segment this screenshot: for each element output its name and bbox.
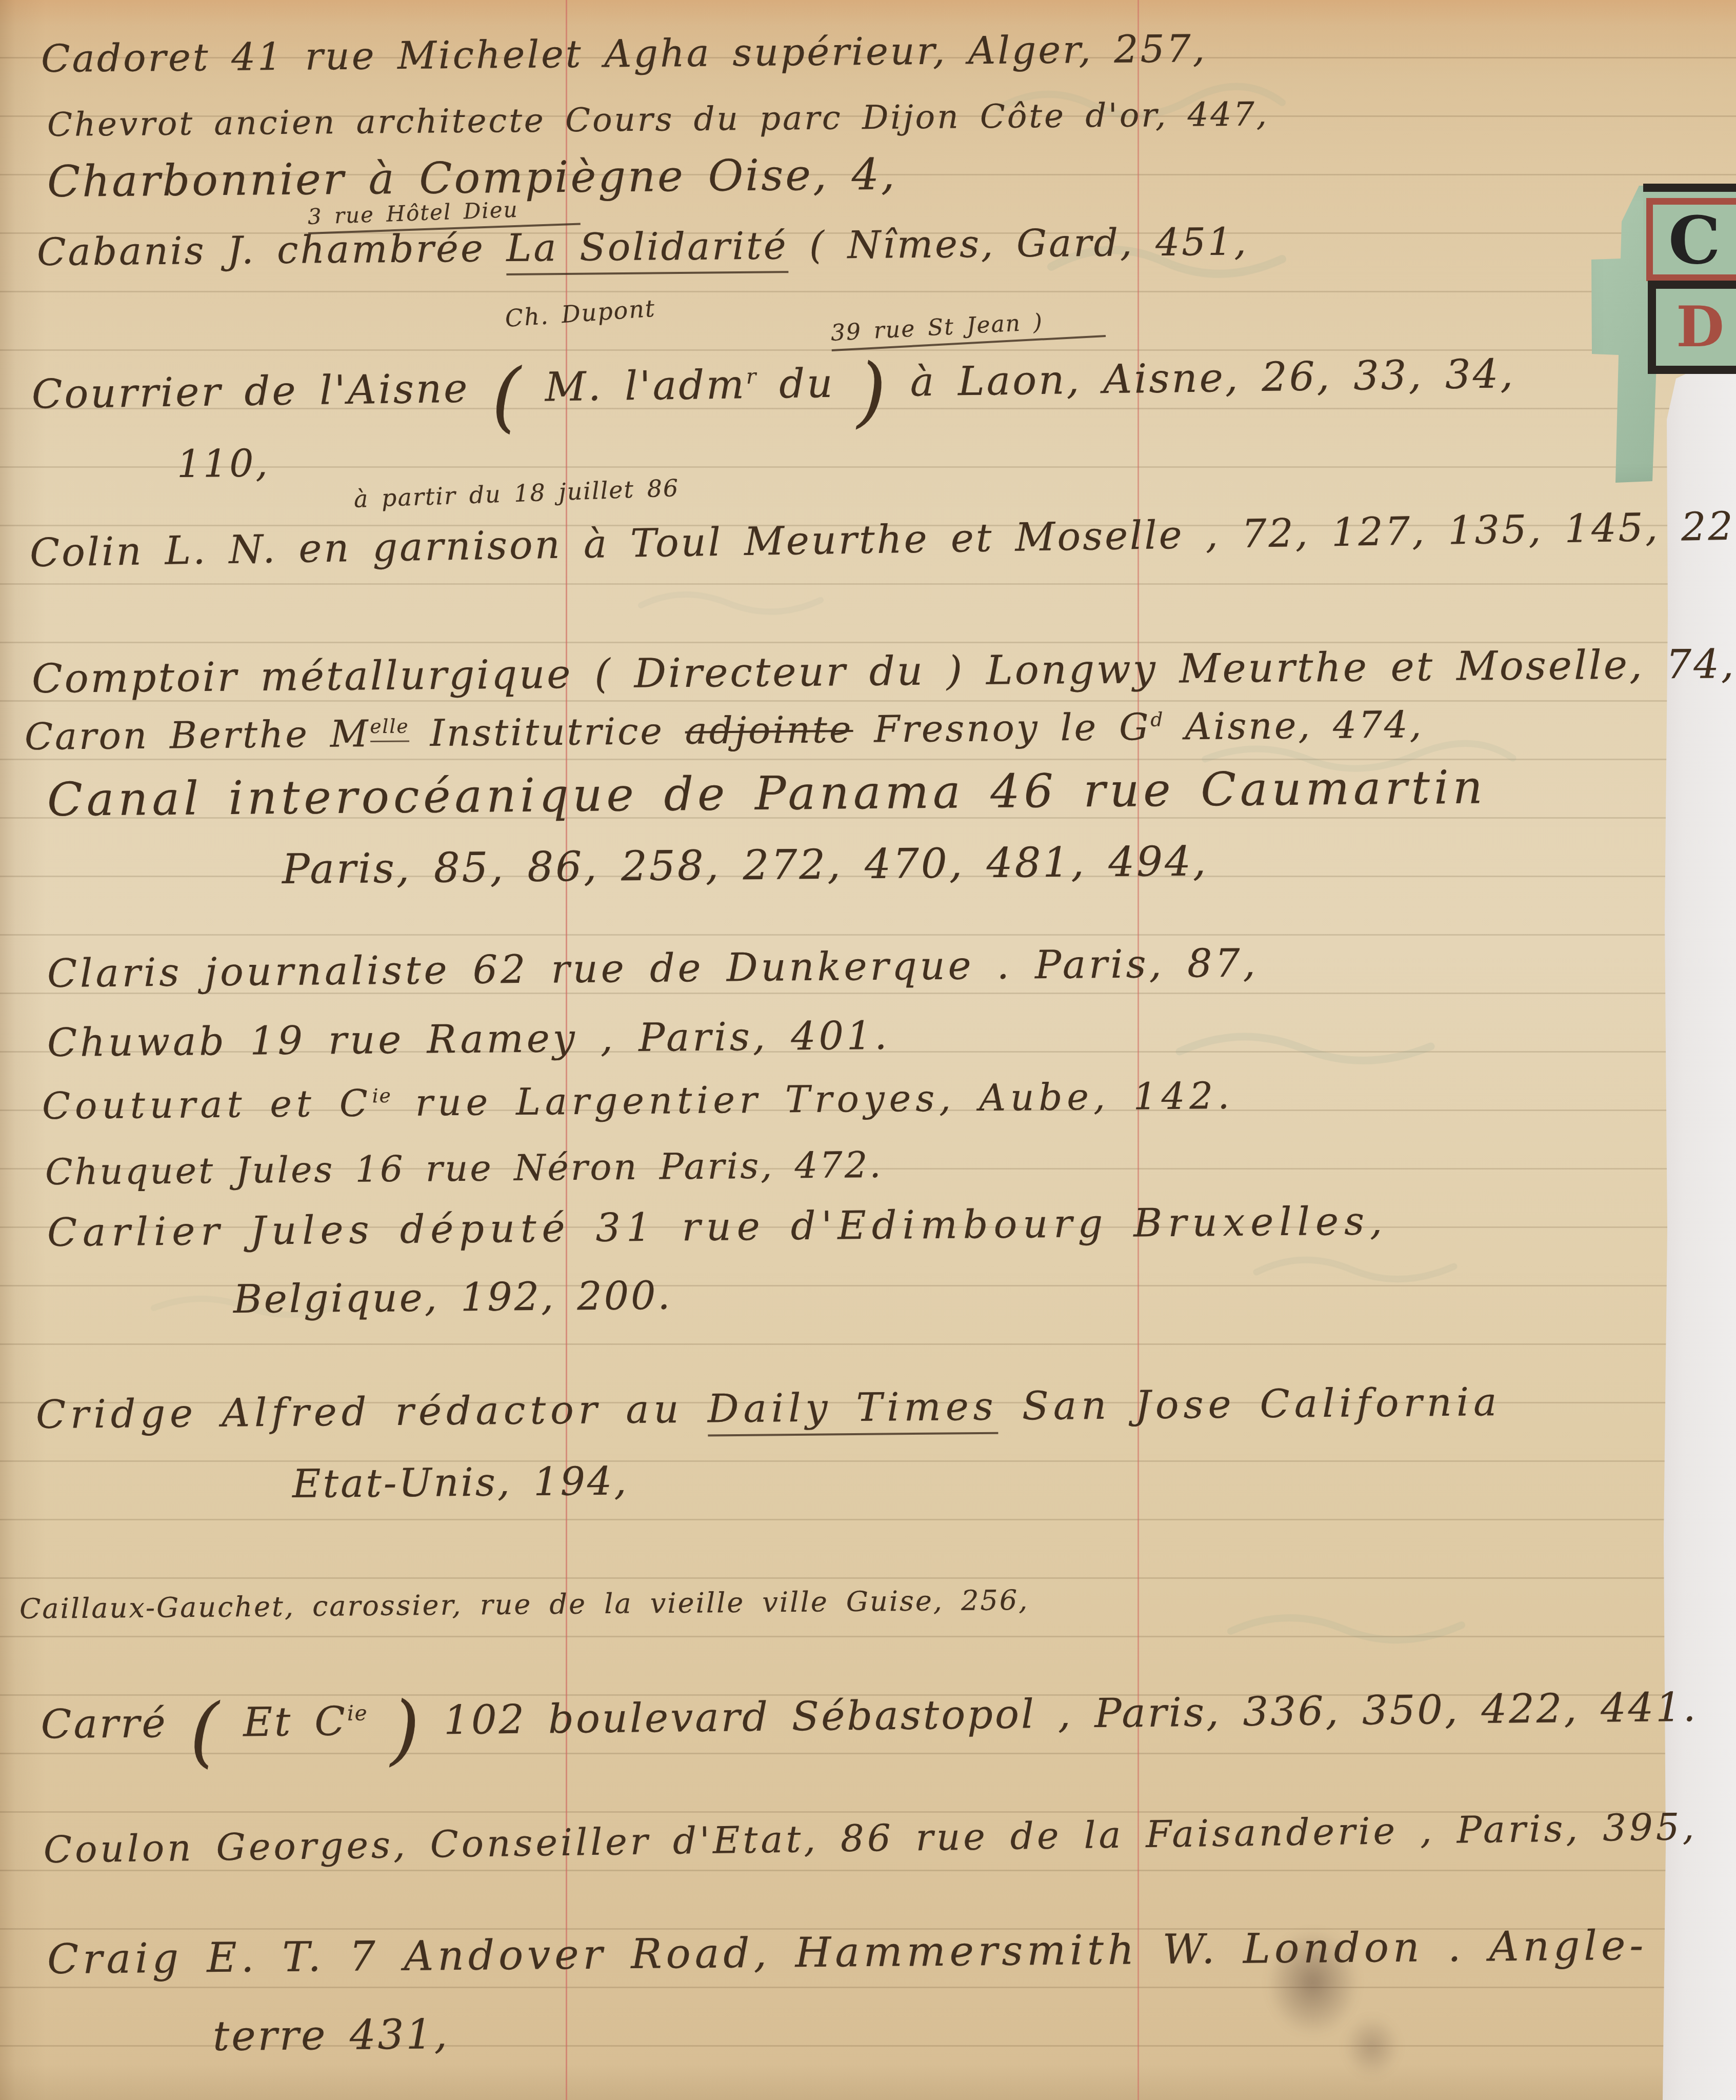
- entry-courrier-note-address: 39 rue St Jean ): [830, 308, 1105, 345]
- entry-claris: Claris journaliste 62 rue de Dunkerque .…: [47, 943, 1259, 993]
- entry-craig: Craig E. T. 7 Andover Road, Hammersmith …: [47, 1925, 1648, 1980]
- entry-courrier-pages: 110,: [177, 444, 270, 483]
- carre-mid2: [368, 1698, 390, 1744]
- caron-tail: Aisne, 474,: [1164, 703, 1424, 748]
- courrier-paren-open: (: [491, 352, 524, 441]
- caron-mid: Institutrice: [409, 709, 685, 755]
- courrier-tail: à Laon, Aisne, 26, 33, 34,: [888, 351, 1515, 406]
- caron-struck: adjointe: [685, 708, 853, 752]
- tab-c-frame: C: [1646, 198, 1736, 281]
- cridge-tail: San Jose California: [997, 1379, 1502, 1429]
- entry-couturat: Couturat et Cie rue Largentier Troyes, A…: [42, 1077, 1234, 1124]
- ledger-page: C D Cadoret 41 rue Michelet Agha supérie…: [0, 0, 1736, 2100]
- carre-pre: Carré: [41, 1700, 190, 1748]
- caron-sup2: d: [1150, 708, 1164, 730]
- entry-chuwab: Chuwab 19 rue Ramey , Paris, 401.: [47, 1016, 890, 1062]
- entry-canal: Canal interocéanique de Panama 46 rue Ca…: [47, 765, 1487, 823]
- entry-cridge-pages: Etat-Unis, 194,: [292, 1461, 629, 1503]
- courrier-mid2: du: [757, 360, 857, 408]
- entry-courrier-note-name: Ch. Dupont: [504, 296, 656, 330]
- cabanis-title: La Solidarité: [506, 224, 788, 275]
- courrier-sup: r: [746, 364, 757, 388]
- courrier-pre: Courrier de l'Aisne: [31, 365, 492, 418]
- caron-sup: elle: [370, 715, 409, 742]
- cabanis-pre: Cabanis J. chambrée: [37, 226, 507, 274]
- entry-carre: Carré ( Et Cie ) 102 boulevard Sébastopo…: [41, 1678, 1698, 1771]
- entry-charbonnier: Charbonnier à Compiègne Oise, 4,: [47, 153, 897, 203]
- caron-pre: Caron Berthe M: [25, 712, 370, 758]
- carre-mid: Et C: [221, 1698, 347, 1746]
- entry-coulon: Coulon Georges, Conseiller d'Etat, 86 ru…: [43, 1808, 1697, 1868]
- cridge-pre: Cridge Alfred rédactor au: [36, 1386, 708, 1437]
- entry-caron: Caron Berthe Melle Institutrice adjointe…: [25, 706, 1424, 755]
- entry-carlier: Carlier Jules député 31 rue d'Edimbourg …: [47, 1201, 1388, 1252]
- carre-sup: ie: [347, 1700, 368, 1725]
- entry-craig-cont: terre 431,: [213, 2014, 450, 2057]
- carre-paren-open: (: [189, 1687, 222, 1776]
- entry-cridge: Cridge Alfred rédactor au Daily Times Sa…: [36, 1382, 1502, 1434]
- entry-colin-note: à partir du 18 juillet 86: [353, 476, 680, 511]
- cridge-title: Daily Times: [707, 1383, 998, 1437]
- entry-canal-pages: Paris, 85, 86, 258, 272, 470, 481, 494,: [282, 841, 1208, 890]
- couturat-sup: ie: [372, 1084, 392, 1107]
- entry-colin: Colin L. N. en garnison à Toul Meurthe e…: [29, 506, 1736, 572]
- entry-comptoir: Comptoir métallurgique ( Directeur du ) …: [32, 644, 1736, 699]
- entry-cadoret: Cadoret 41 rue Michelet Agha supérieur, …: [41, 30, 1207, 78]
- tab-d[interactable]: D: [1648, 281, 1736, 374]
- margin-rule-right: [1138, 0, 1139, 2100]
- carre-paren-close: ): [390, 1685, 423, 1774]
- courrier-note-address-text: 39 rue St Jean ): [830, 306, 1106, 351]
- couturat-tail: rue Largentier Troyes, Aube, 142.: [392, 1074, 1234, 1124]
- courrier-paren-close: ): [856, 347, 889, 436]
- ink-blot-small: [1344, 2016, 1400, 2077]
- entry-chevrot: Chevrot ancien architecte Cours du parc …: [47, 98, 1269, 142]
- carre-tail: 102 boulevard Sébastopol , Paris, 336, 3…: [422, 1685, 1698, 1744]
- couturat-pre: Couturat et C: [42, 1081, 373, 1127]
- cabanis-tail: ( Nîmes, Gard, 451,: [788, 220, 1248, 268]
- entry-chuquet: Chuquet Jules 16 rue Néron Paris, 472.: [45, 1147, 883, 1190]
- courrier-mid: M. l'adm: [523, 362, 746, 411]
- entry-carlier-pages: Belgique, 192, 200.: [233, 1276, 672, 1319]
- entry-courrier: Courrier de l'Aisne ( M. l'admr du ) à L…: [31, 345, 1515, 442]
- tab-c-label: C: [1668, 208, 1721, 273]
- tab-d-label: D: [1676, 300, 1724, 355]
- caron-mid2: Fresnoy le G: [853, 705, 1151, 751]
- entry-caillaux: Caillaux-Gauchet, carossier, rue de la v…: [19, 1587, 1029, 1623]
- entry-cabanis: Cabanis J. chambrée La Solidarité ( Nîme…: [37, 223, 1248, 271]
- tab-c[interactable]: C: [1643, 184, 1736, 283]
